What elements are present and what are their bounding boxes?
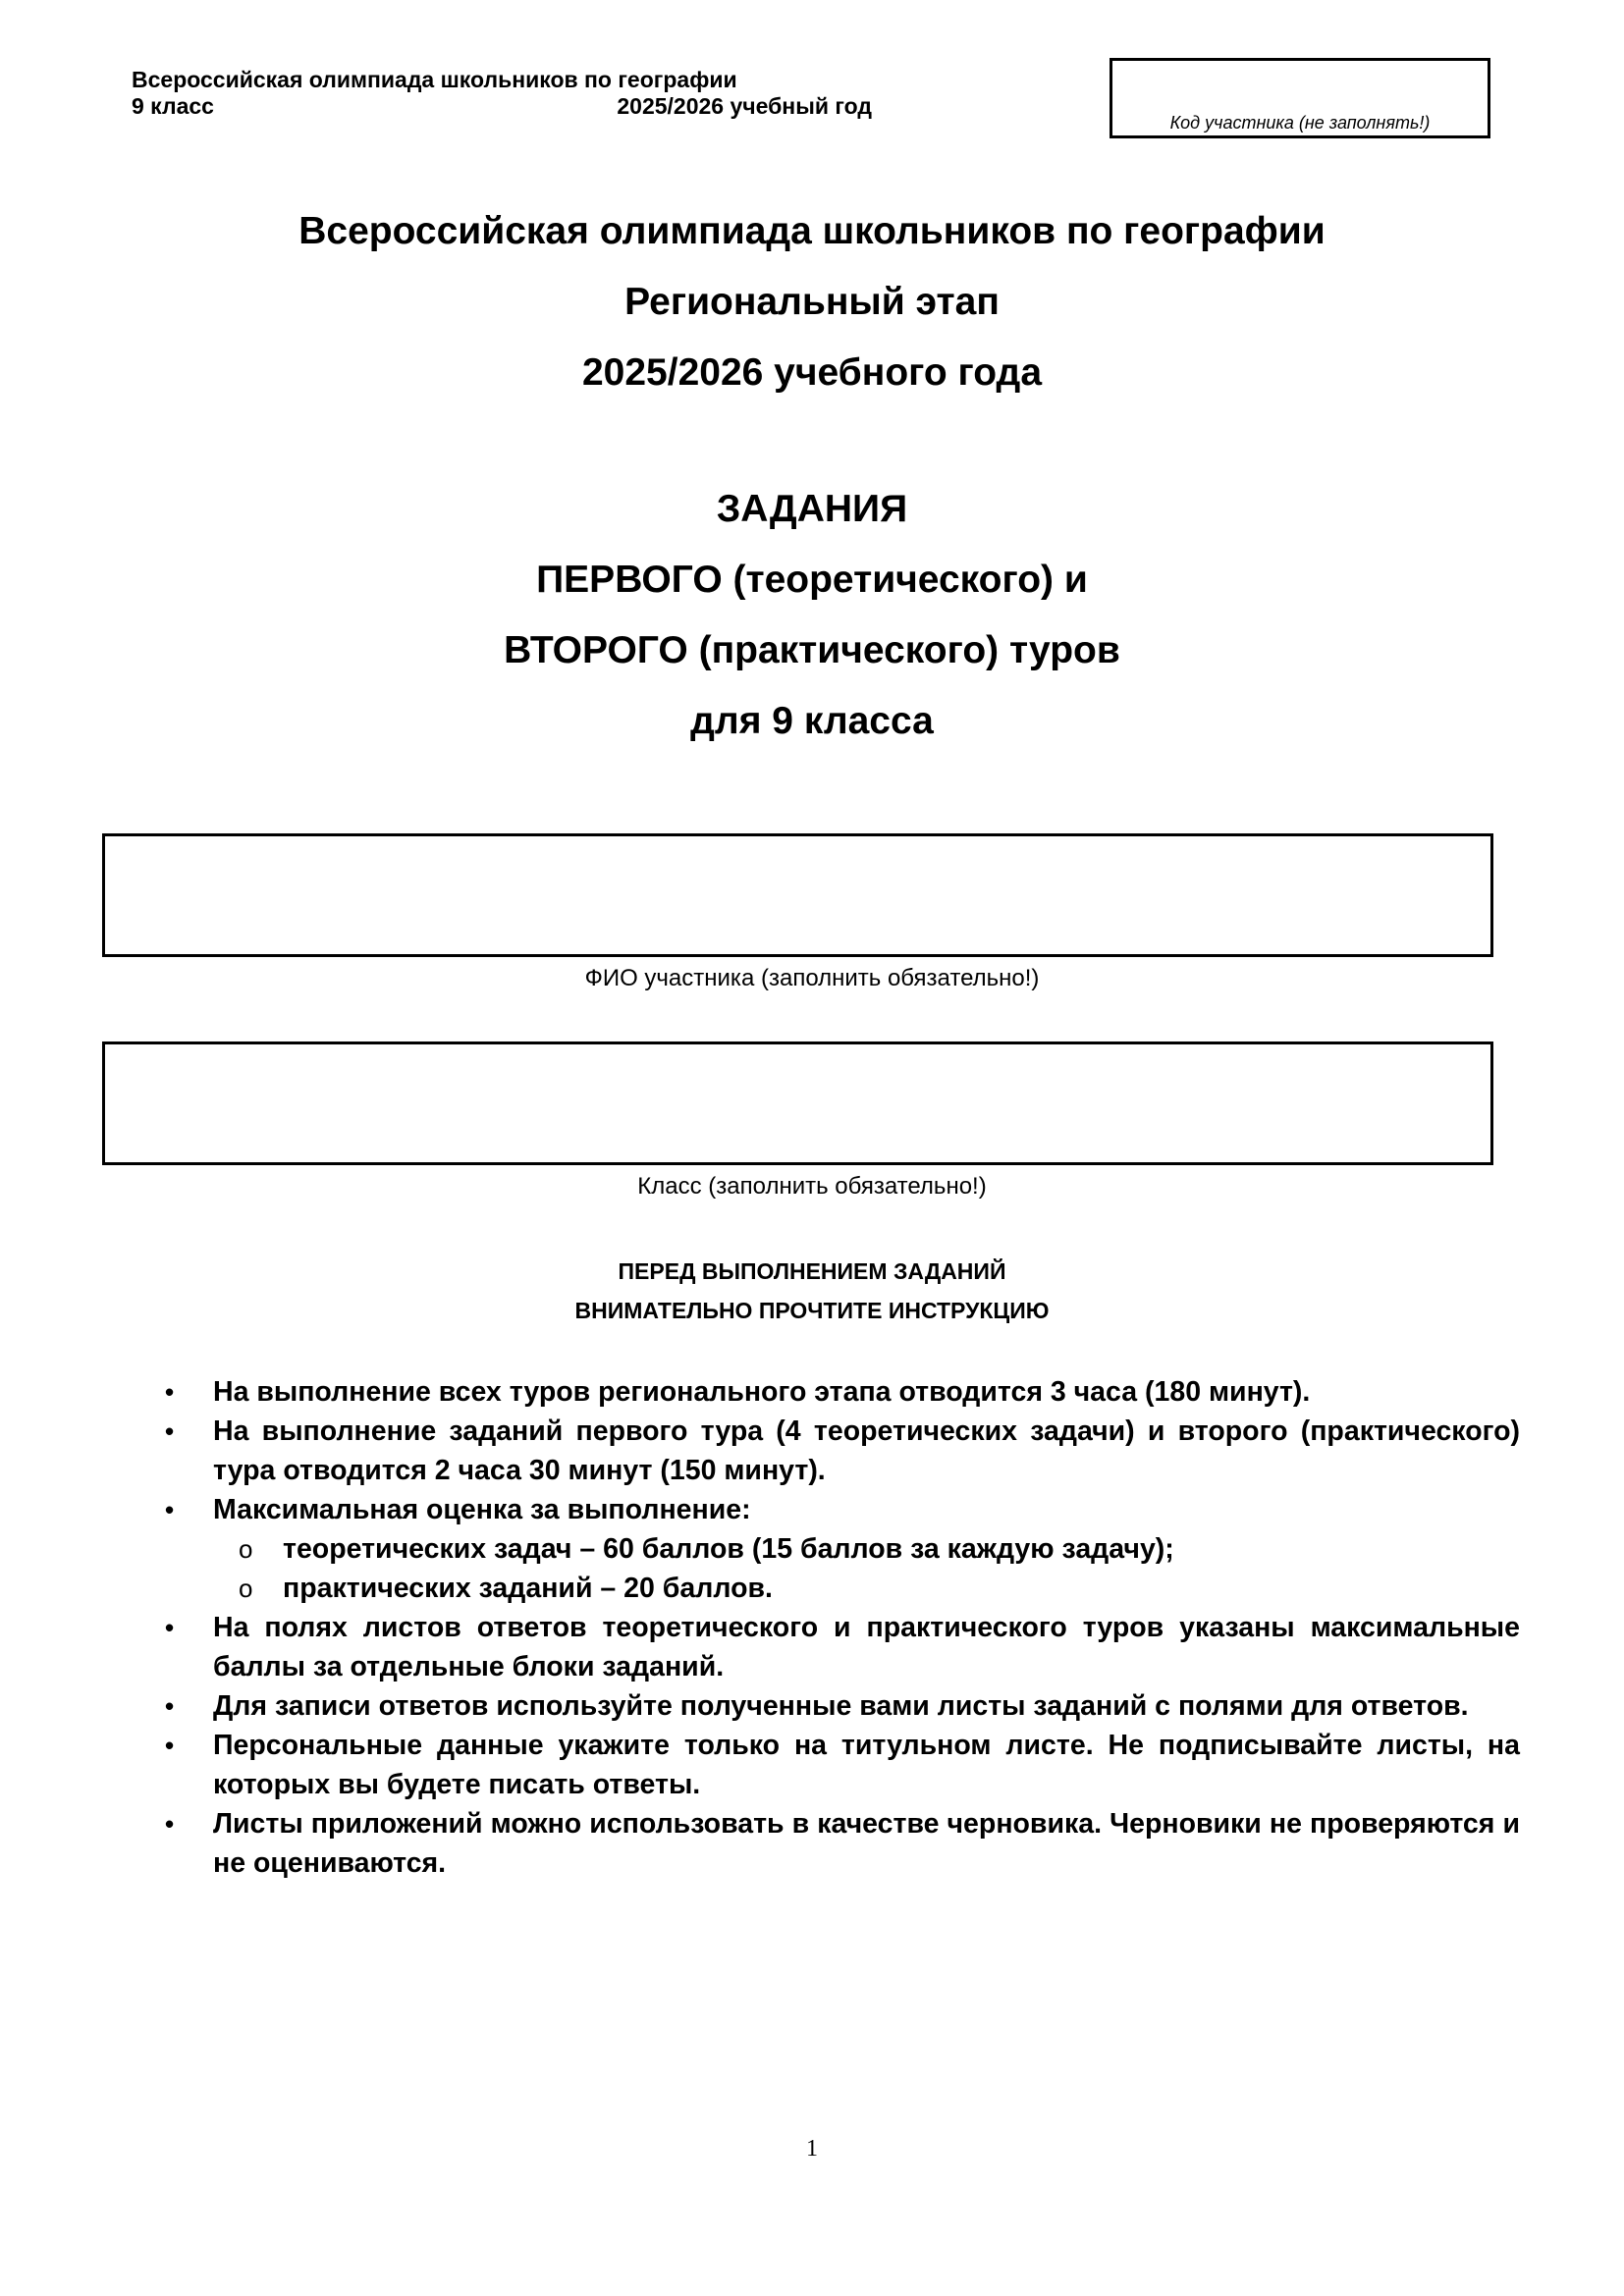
instructions-heading: ПЕРЕД ВЫПОЛНЕНИЕМ ЗАДАНИЙ ВНИМАТЕЛЬНО ПР… [0, 1252, 1624, 1330]
subtitle-line: ЗАДАНИЯ [0, 474, 1624, 545]
circle-bullet-icon: o [239, 1569, 252, 1608]
title-line: Региональный этап [0, 267, 1624, 338]
circle-bullet-icon: o [239, 1529, 252, 1569]
document-subtitle: ЗАДАНИЯ ПЕРВОГО (теоретического) и ВТОРО… [0, 474, 1624, 757]
title-line: 2025/2026 учебного года [0, 338, 1624, 408]
bullet-icon: • [165, 1490, 174, 1529]
bullet-icon: • [165, 1372, 174, 1412]
class-field[interactable] [102, 1041, 1493, 1165]
subtitle-line: ПЕРВОГО (теоретического) и [0, 545, 1624, 615]
list-item-text: Максимальная оценка за выполнение: [213, 1494, 751, 1525]
page-number: 1 [0, 2136, 1624, 2163]
instructions-heading-line: ВНИМАТЕЛЬНО ПРОЧТИТЕ ИНСТРУКЦИЮ [0, 1291, 1624, 1330]
instructions-list: • На выполнение всех туров регионального… [165, 1372, 1520, 1883]
list-item: • Для записи ответов используйте получен… [165, 1686, 1520, 1726]
list-item: • Персональные данные укажите только на … [165, 1726, 1520, 1804]
list-item: • Листы приложений можно использовать в … [165, 1804, 1520, 1883]
instructions-heading-line: ПЕРЕД ВЫПОЛНЕНИЕМ ЗАДАНИЙ [0, 1252, 1624, 1291]
list-item-text: На полях листов ответов теоретического и… [213, 1612, 1520, 1682]
bullet-icon: • [165, 1412, 174, 1451]
header-year: 2025/2026 учебный год [617, 93, 872, 120]
sub-list-item: o практических заданий – 20 баллов. [165, 1569, 1520, 1608]
header-grade: 9 класс [132, 93, 214, 120]
list-item-text: Персональные данные укажите только на ти… [213, 1730, 1520, 1800]
sub-list-item: o теоретических задач – 60 баллов (15 ба… [165, 1529, 1520, 1569]
bullet-icon: • [165, 1726, 174, 1765]
list-item: • На выполнение всех туров регионального… [165, 1372, 1520, 1412]
class-field-caption: Класс (заполнить обязательно!) [0, 1173, 1624, 1201]
bullet-icon: • [165, 1804, 174, 1843]
list-item: • На полях листов ответов теоретического… [165, 1608, 1520, 1686]
list-item-text: Листы приложений можно использовать в ка… [213, 1808, 1520, 1879]
list-item-text: На выполнение всех туров регионального э… [213, 1376, 1310, 1408]
participant-code-box: Код участника (не заполнять!) [1110, 58, 1490, 138]
fio-field[interactable] [102, 833, 1493, 957]
document-title: Всероссийская олимпиада школьников по ге… [0, 196, 1624, 408]
list-item-text: На выполнение заданий первого тура (4 те… [213, 1415, 1520, 1486]
subtitle-line: ВТОРОГО (практического) туров [0, 615, 1624, 686]
bullet-icon: • [165, 1686, 174, 1726]
sub-list-item-text: практических заданий – 20 баллов. [283, 1573, 773, 1604]
subtitle-line: для 9 класса [0, 686, 1624, 757]
fio-field-caption: ФИО участника (заполнить обязательно!) [0, 965, 1624, 992]
list-item-text: Для записи ответов используйте полученны… [213, 1690, 1469, 1722]
title-line: Всероссийская олимпиада школьников по ге… [0, 196, 1624, 267]
participant-code-label: Код участника (не заполнять!) [1112, 112, 1488, 133]
list-item: • Максимальная оценка за выполнение: [165, 1490, 1520, 1529]
running-header: Всероссийская олимпиада школьников по ге… [132, 67, 872, 120]
bullet-icon: • [165, 1608, 174, 1647]
sub-list-item-text: теоретических задач – 60 баллов (15 балл… [283, 1533, 1174, 1565]
header-olympiad-name: Всероссийская олимпиада школьников по ге… [132, 67, 872, 93]
list-item: • На выполнение заданий первого тура (4 … [165, 1412, 1520, 1490]
